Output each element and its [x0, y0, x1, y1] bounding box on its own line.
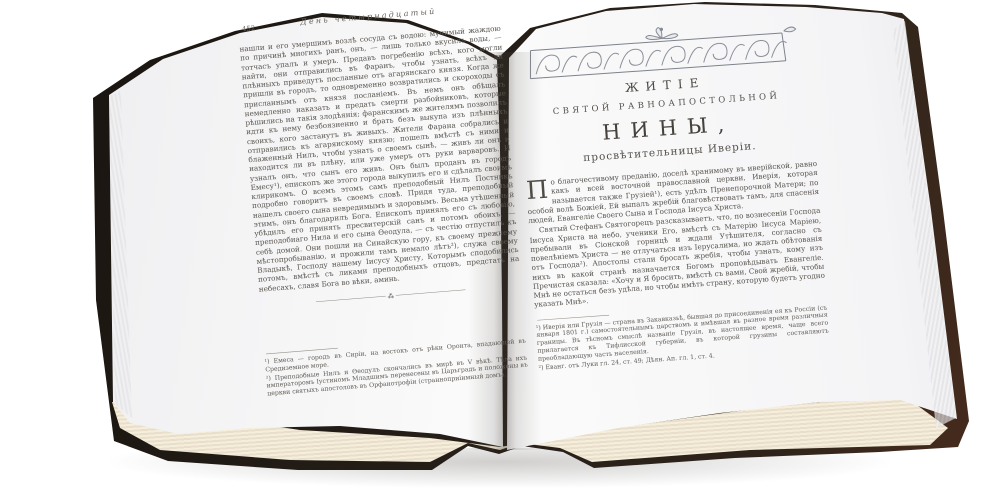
- divider-rule-right: [396, 290, 466, 296]
- right-page-body: По благочестивому преданію, доселѣ храни…: [525, 159, 825, 310]
- page-number: 452: [242, 24, 256, 33]
- right-page-content: ЖИТІЕ СВЯТОЙ РАВНОАПОСТОЛЬНОЙ НИНЫ, прос…: [515, 16, 830, 372]
- left-page-content: 452 День четырнадцатый нашли и его умерш…: [237, 2, 528, 399]
- divider-rule-left: [316, 296, 386, 302]
- left-page-body-text: нашли и его умершимъ возлѣ сосуда съ вод…: [239, 24, 520, 294]
- drop-cap: П: [525, 177, 551, 201]
- chapter-end-divider: ⁂: [316, 287, 466, 305]
- photo-scene: 452 День четырнадцатый нашли и его умерш…: [0, 0, 1000, 494]
- end-divider-icon: ⁂: [385, 293, 396, 300]
